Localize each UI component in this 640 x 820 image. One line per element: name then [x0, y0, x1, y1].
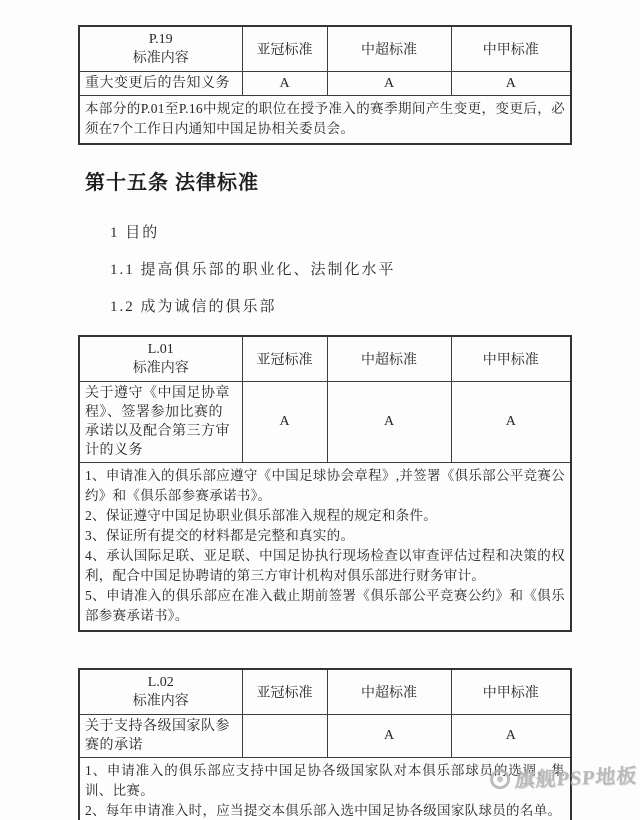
list-item: 1 目的	[110, 224, 570, 242]
note-line: 3、保证所有提交的材料都是完整和真实的。	[85, 526, 565, 546]
column-header-league-one: 中甲标准	[451, 26, 571, 72]
table-header-row: L.01 标准内容 亚冠标准 中超标准 中甲标准	[79, 336, 571, 382]
table-id-cell: L.01 标准内容	[79, 336, 242, 382]
grade-csl: A	[327, 715, 451, 758]
objectives-list: 1 目的 1.1 提高俱乐部的职业化、法制化水平 1.2 成为诚信的俱乐部	[110, 224, 570, 316]
table-row: 重大变更后的告知义务 A A A	[79, 72, 571, 96]
list-item: 1.1 提高俱乐部的职业化、法制化水平	[110, 261, 570, 279]
grade-acl: A	[242, 382, 327, 463]
grade-acl	[242, 715, 327, 758]
requirement-text: 重大变更后的告知义务	[79, 72, 242, 96]
table-header-row: L.02 标准内容 亚冠标准 中超标准 中甲标准	[79, 669, 571, 715]
standards-table-l01: L.01 标准内容 亚冠标准 中超标准 中甲标准 关于遵守《中国足协章程》、签署…	[78, 335, 572, 632]
table-id-cell: P.19 标准内容	[79, 26, 242, 72]
table-row: 关于支持各级国家队参赛的承诺 A A	[79, 715, 571, 758]
column-header-league-one: 中甲标准	[451, 669, 571, 715]
grade-csl: A	[327, 72, 451, 96]
note-line: 2、每年申请准入时，应当提交本俱乐部入选中国足协各级国家队球员的名单。	[85, 801, 565, 820]
grade-acl: A	[242, 72, 327, 96]
standards-table-p19: P.19 标准内容 亚冠标准 中超标准 中甲标准 重大变更后的告知义务 A A …	[78, 25, 572, 145]
grade-league-one: A	[451, 715, 571, 758]
note-line: 1、申请准入的俱乐部应遵守《中国足球协会章程》,并签署《俱乐部公平竞赛公约》和《…	[85, 466, 565, 506]
table-row: 关于遵守《中国足协章程》、签署参加比赛的承诺以及配合第三方审计的义务 A A A	[79, 382, 571, 463]
column-header-acl: 亚冠标准	[242, 26, 327, 72]
watermark-logo-icon	[490, 768, 511, 789]
note-line: 2、保证遵守中国足协职业俱乐部准入规程的规定和条件。	[85, 506, 565, 526]
watermark-text: 旗舰PSP地板	[514, 759, 639, 792]
grade-csl: A	[327, 382, 451, 463]
table-notes-row: 本部分的P.01至P.16中规定的职位在授予准入的赛季期间产生变更，变更后，必须…	[79, 96, 571, 145]
table-header-row: P.19 标准内容 亚冠标准 中超标准 中甲标准	[79, 26, 571, 72]
table-id-subtitle: 标准内容	[82, 49, 240, 68]
note-line: 4、承认国际足联、亚足联、中国足协执行现场检查以审查评估过程和决策的权利，配合中…	[85, 546, 565, 586]
table-id-cell: L.02 标准内容	[79, 669, 242, 715]
note-line: 本部分的P.01至P.16中规定的职位在授予准入的赛季期间产生变更，变更后，必须…	[85, 99, 565, 139]
table-id-subtitle: 标准内容	[82, 359, 240, 378]
column-header-league-one: 中甲标准	[451, 336, 571, 382]
grade-league-one: A	[451, 382, 571, 463]
standards-table-l02: L.02 标准内容 亚冠标准 中超标准 中甲标准 关于支持各级国家队参赛的承诺 …	[78, 668, 572, 820]
table-id: L.02	[82, 673, 240, 692]
list-item: 1.2 成为诚信的俱乐部	[110, 298, 570, 316]
table-id: L.01	[82, 340, 240, 359]
requirement-text: 关于支持各级国家队参赛的承诺	[79, 715, 242, 758]
column-header-csl: 中超标准	[327, 669, 451, 715]
grade-league-one: A	[451, 72, 571, 96]
watermark: 旗舰PSP地板	[490, 759, 638, 793]
column-header-csl: 中超标准	[327, 336, 451, 382]
column-header-acl: 亚冠标准	[242, 336, 327, 382]
document-page: P.19 标准内容 亚冠标准 中超标准 中甲标准 重大变更后的告知义务 A A …	[0, 0, 640, 820]
column-header-csl: 中超标准	[327, 26, 451, 72]
notes-cell: 1、申请准入的俱乐部应遵守《中国足球协会章程》,并签署《俱乐部公平竞赛公约》和《…	[79, 463, 571, 632]
table-id: P.19	[82, 30, 240, 49]
requirement-text: 关于遵守《中国足协章程》、签署参加比赛的承诺以及配合第三方审计的义务	[79, 382, 242, 463]
note-line: 5、申请准入的俱乐部应在准入截止期前签署《俱乐部公平竞赛公约》和《俱乐部参赛承诺…	[85, 586, 565, 626]
column-header-acl: 亚冠标准	[242, 669, 327, 715]
table-id-subtitle: 标准内容	[82, 692, 240, 711]
section-heading: 第十五条 法律标准	[85, 166, 570, 195]
document-content: P.19 标准内容 亚冠标准 中超标准 中甲标准 重大变更后的告知义务 A A …	[78, 0, 570, 820]
notes-cell: 本部分的P.01至P.16中规定的职位在授予准入的赛季期间产生变更，变更后，必须…	[79, 96, 571, 145]
table-notes-row: 1、申请准入的俱乐部应遵守《中国足球协会章程》,并签署《俱乐部公平竞赛公约》和《…	[79, 463, 571, 632]
